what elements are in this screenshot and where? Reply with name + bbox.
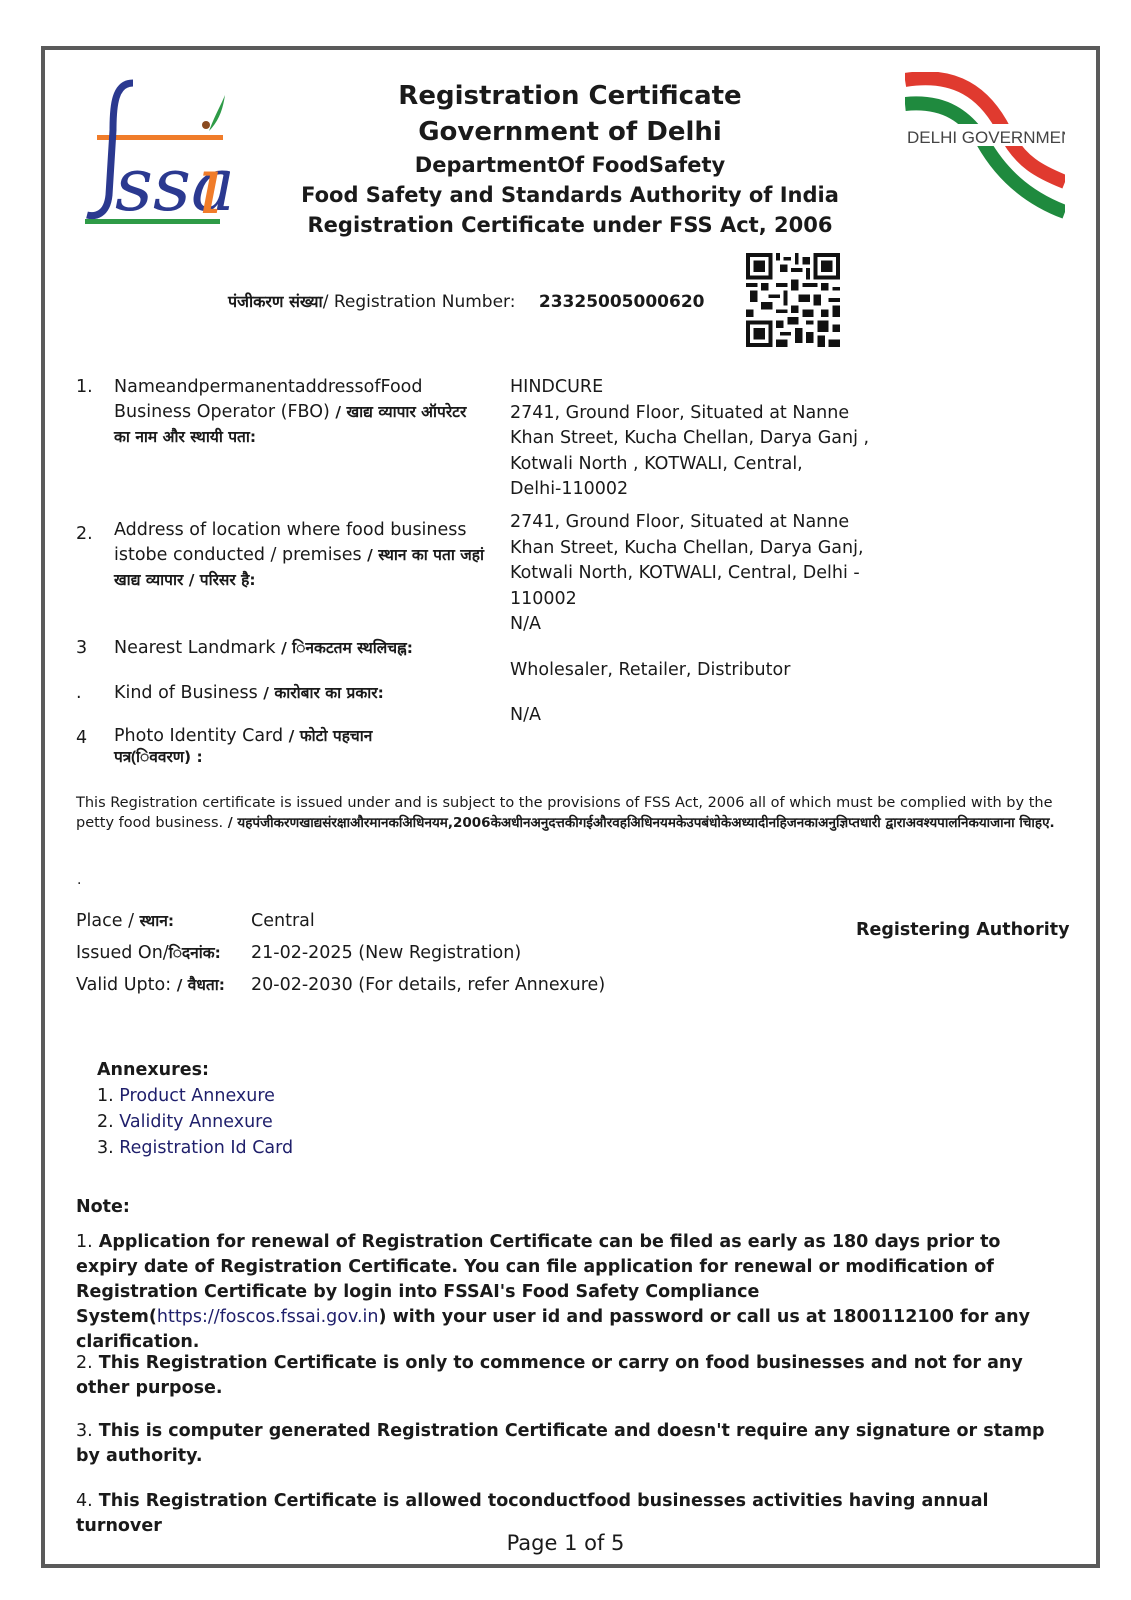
premises-address-value: 2741, Ground Floor, Situated at Nanne Kh… [510, 510, 890, 638]
valid-row: Valid Upto: / वैधता:20-02-2030 (For deta… [76, 969, 605, 1001]
page-indicator: Page 1 of 5 [0, 1531, 1131, 1555]
business-name: HINDCURE [510, 375, 890, 401]
annexures: Annexures: 1. Product Annexure 2. Validi… [97, 1057, 293, 1161]
issued-value: 21-02-2025 (New Registration) [251, 943, 521, 963]
item-number: 3 [76, 636, 106, 661]
svg-text:ı: ı [197, 139, 223, 230]
department-name: DepartmentOf FoodSafety [300, 150, 840, 180]
disclaimer: This Registration certificate is issued … [76, 793, 1056, 833]
address-line: 2741, Ground Floor, Situated at Nanne [510, 510, 890, 536]
place-value: Central [251, 911, 315, 931]
address-line: 110002 [510, 587, 890, 613]
item-label-en: Nearest Landmark [114, 638, 275, 658]
registration-label-hindi: पंजीकरण संख्या [228, 292, 323, 311]
certificate-title: Registration Certificate [300, 78, 840, 114]
delhi-government-logo: DELHI GOVERNMENT [905, 72, 1065, 232]
disclaimer-hi: / यहपंजीकरणखाद्यसंरक्षाऔरमानकअिधिनयम,200… [228, 815, 1055, 831]
note-number: 3. [76, 1421, 93, 1441]
place-row: Place / स्थान:Central [76, 905, 315, 937]
annexure-item: 1. Product Annexure [97, 1083, 293, 1109]
separator-dot: . [77, 872, 81, 888]
item-label: Kind of Business / कारोबार का प्रकार: [114, 681, 484, 706]
annexure-number: 1. [97, 1086, 114, 1106]
kind-of-business-value: Wholesaler, Retailer, Distributor [510, 658, 890, 684]
svg-text:DELHI GOVERNMENT: DELHI GOVERNMENT [907, 128, 1065, 147]
item-label-hi: / िनकटतम स्थलिचह्न: [281, 639, 413, 657]
item-label: Address of location where food business … [114, 518, 484, 593]
address-line: Khan Street, Kucha Chellan, Darya Ganj, [510, 536, 890, 562]
item-label-en: Kind of Business [114, 683, 258, 703]
note-heading: Note: [76, 1197, 130, 1217]
address-line: Kotwali North , KOTWALI, Central, [510, 452, 890, 478]
valid-value: 20-02-2030 (For details, refer Annexure) [251, 975, 605, 995]
valid-label: Valid Upto: [76, 975, 171, 995]
certificate-header: Registration Certificate Government of D… [300, 78, 840, 240]
item-label: Nearest Landmark / िनकटतम स्थलिचह्न: [114, 636, 514, 661]
annexures-heading: Annexures: [97, 1057, 293, 1083]
note-text: This Registration Certificate is only to… [76, 1353, 1023, 1398]
note-number: 2. [76, 1353, 93, 1373]
annexure-number: 3. [97, 1138, 114, 1158]
item-number: 2. [76, 522, 106, 547]
photo-identity-value: N/A [510, 703, 890, 729]
address-line: Delhi-110002 [510, 477, 890, 503]
registration-label: / Registration Number: [323, 292, 516, 312]
qr-code-icon [746, 253, 840, 347]
note-text: This is computer generated Registration … [76, 1421, 1045, 1466]
registration-id-card-link[interactable]: Registration Id Card [119, 1138, 293, 1158]
fssai-logo: ssa ı [75, 75, 230, 230]
item-label-en: Photo Identity Card [114, 726, 283, 746]
annexure-number: 2. [97, 1112, 114, 1132]
annexure-item: 3. Registration Id Card [97, 1135, 293, 1161]
fbo-name-address-value: HINDCURE 2741, Ground Floor, Situated at… [510, 375, 890, 503]
note-3: 3. This is computer generated Registrati… [76, 1419, 1066, 1469]
registration-number: 23325005000620 [539, 292, 705, 312]
item-number: . [76, 681, 106, 706]
registration-number-row: पंजीकरण संख्या/ Registration Number: 233… [228, 290, 704, 312]
item-number: 1. [76, 375, 106, 400]
issued-label: Issued On/ [76, 943, 169, 963]
address-line: Kotwali North, KOTWALI, Central, Delhi - [510, 561, 890, 587]
item-label: NameandpermanentaddressofFood Business O… [114, 375, 484, 450]
authority-name: Food Safety and Standards Authority of I… [300, 180, 840, 210]
address-line: 2741, Ground Floor, Situated at Nanne [510, 401, 890, 427]
landmark-value: N/A [510, 612, 890, 638]
registering-authority: Registering Authority [856, 920, 1069, 940]
item-label-hi: / कारोबार का प्रकार: [263, 684, 384, 702]
issued-row: Issued On/िदनांक:21-02-2025 (New Registr… [76, 937, 521, 969]
validity-annexure-link[interactable]: Validity Annexure [119, 1112, 272, 1132]
place-label-hi: स्थान: [140, 912, 174, 930]
note-text: This Registration Certificate is allowed… [76, 1491, 989, 1536]
note-number: 4. [76, 1491, 93, 1511]
address-line: Khan Street, Kucha Chellan, Darya Ganj , [510, 426, 890, 452]
note-2: 2. This Registration Certificate is only… [76, 1351, 1066, 1401]
issued-label-hi: िदनांक: [169, 944, 221, 962]
item-number: 4 [76, 726, 106, 751]
place-label: Place / [76, 911, 134, 931]
act-title: Registration Certificate under FSS Act, … [300, 210, 840, 240]
foscos-link[interactable]: https://foscos.fssai.gov.in [157, 1307, 379, 1327]
note-number: 1. [76, 1232, 93, 1252]
annexure-item: 2. Validity Annexure [97, 1109, 293, 1135]
government-name: Government of Delhi [300, 114, 840, 150]
item-label: Photo Identity Card / फोटो पहचान पत्र(िव… [114, 726, 414, 768]
note-1: 1. Application for renewal of Registrati… [76, 1230, 1066, 1355]
valid-label-hi: / वैधता: [177, 976, 225, 994]
product-annexure-link[interactable]: Product Annexure [119, 1086, 275, 1106]
